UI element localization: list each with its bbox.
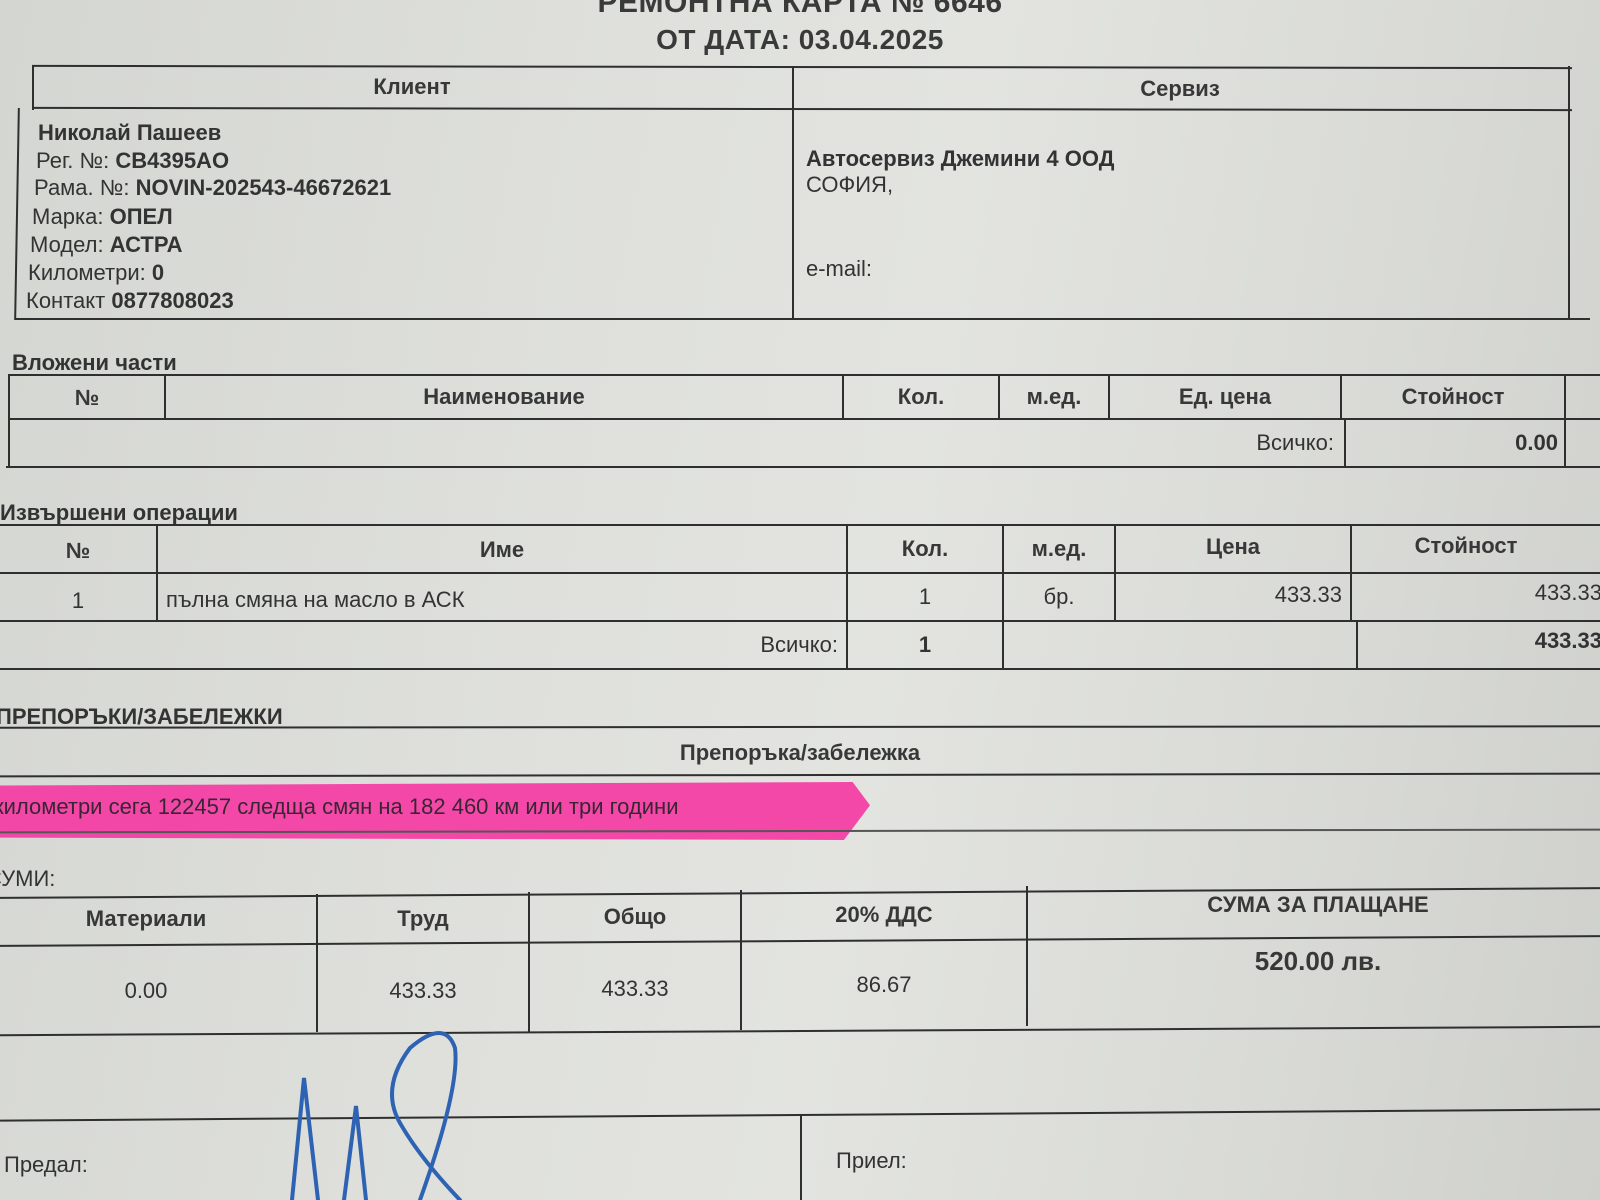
service-city: СОФИЯ, [806, 172, 893, 198]
sums-materials-value: 0.00 [0, 978, 292, 1004]
sums-col-labour: Труд [318, 906, 528, 932]
client-reg-number: Рег. №: CB4395AO [36, 148, 229, 174]
parts-total-label: Всичко: [1000, 430, 1334, 456]
operations-total-label: Всичко: [600, 632, 838, 658]
received-label: Приел: [836, 1148, 907, 1174]
reg-value: CB4395AO [115, 148, 229, 173]
sums-col-total: Общо [530, 904, 740, 930]
operation-price: 433.33 [1116, 582, 1342, 608]
sums-vat-value: 86.67 [742, 972, 1026, 998]
operation-value: 433.33 [1352, 580, 1600, 606]
operations-total-qty: 1 [848, 632, 1002, 658]
sums-col-amount-due: СУМА ЗА ПЛАЩАНЕ [1028, 892, 1600, 918]
client-contact: Контакт 0877808023 [26, 288, 234, 314]
amount-due-value: 520.00 лв. [1028, 946, 1600, 977]
parts-col-unit-price: Ед. цена [1110, 384, 1340, 410]
frame-label: Рама. №: [34, 175, 129, 200]
operation-qty: 1 [848, 584, 1002, 610]
km-value: 0 [152, 260, 164, 285]
contact-label: Контакт [26, 288, 105, 313]
parts-col-value: Стойност [1342, 384, 1564, 410]
operation-unit: бр. [1004, 584, 1114, 610]
operations-col-qty: Кол. [848, 536, 1002, 562]
client-kilometers: Километри: 0 [28, 260, 164, 286]
km-label: Километри: [28, 260, 146, 285]
client-make: Марка: ОПЕЛ [32, 204, 173, 230]
contact-value: 0877808023 [111, 288, 233, 313]
model-label: Модел: [30, 232, 104, 257]
handwritten-signature [270, 1028, 490, 1200]
parts-section-title: Вложени части [12, 350, 177, 376]
operations-col-name: Име [158, 537, 846, 563]
make-value: ОПЕЛ [110, 204, 173, 229]
document-date: ОТ ДАТА: 03.04.2025 [0, 24, 1600, 56]
parts-col-no: № [10, 385, 164, 411]
service-email-label: e-mail: [806, 256, 872, 282]
make-label: Марка: [32, 204, 104, 229]
parts-col-name: Наименование [166, 384, 842, 410]
sums-col-materials: Материали [0, 906, 292, 932]
document-title: РЕМОНТНА КАРТА № 6646 [0, 0, 1600, 20]
client-name: Николай Пашеев [38, 120, 221, 146]
parts-col-qty: Кол. [844, 384, 998, 410]
service-name: Автосервиз Джемини 4 ООД [806, 146, 1114, 172]
sums-col-vat: 20% ДДС [742, 902, 1026, 928]
operation-name: пълна смяна на масло в АСК [166, 587, 465, 613]
client-heading: Клиент [32, 74, 792, 100]
sums-labour-value: 433.33 [318, 978, 528, 1004]
operations-total-value: 433.33 [1358, 628, 1600, 654]
sums-total-value: 433.33 [530, 976, 740, 1002]
parts-total-value: 0.00 [1346, 430, 1558, 456]
operations-section-title: Извършени операции [0, 500, 238, 526]
recommendations-col-note: Препоръка/забележка [0, 740, 1600, 766]
operations-col-unit: м.ед. [1004, 536, 1114, 562]
client-frame-number: Рама. №: NOVIN-202543-46672621 [34, 175, 391, 201]
operation-no: 1 [0, 588, 156, 614]
sums-section-title: СУМИ: [0, 866, 55, 892]
frame-value: NOVIN-202543-46672621 [136, 175, 392, 200]
operations-col-price: Цена [1116, 534, 1350, 560]
client-model: Модел: АСТРА [30, 232, 183, 258]
service-heading: Сервиз [792, 76, 1568, 102]
repair-card-document: РЕМОНТНА КАРТА № 6646 ОТ ДАТА: 03.04.202… [0, 0, 1600, 1200]
operations-col-value: Стойност [1352, 533, 1580, 559]
parts-col-unit: м.ед. [1000, 384, 1108, 410]
reg-label: Рег. №: [36, 148, 109, 173]
handed-over-label: Предал: [4, 1152, 88, 1178]
recommendation-note: километри сега 122457 следща смян на 182… [0, 794, 679, 820]
operations-col-no: № [0, 538, 156, 564]
model-value: АСТРА [110, 232, 183, 257]
